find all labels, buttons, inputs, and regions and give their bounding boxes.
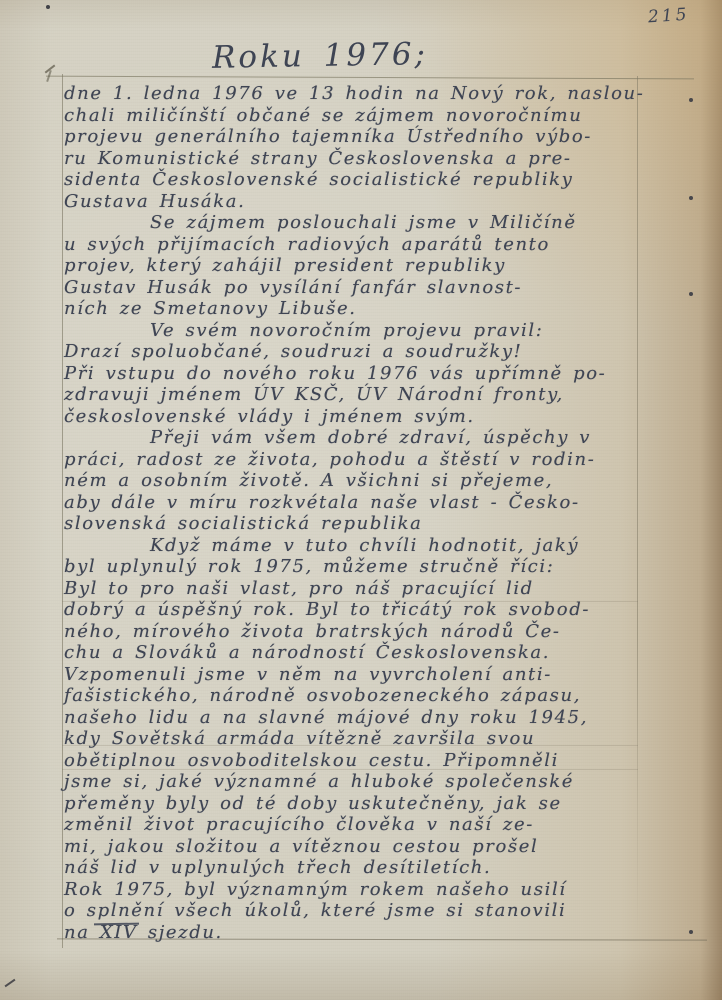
manuscript-line: chu a Slováků a národností Československ… [64, 642, 644, 664]
manuscript-line: náš lid v uplynulých třech desítiletích. [64, 857, 644, 879]
manuscript-line: byl uplynulý rok 1975, můžeme stručně ří… [64, 556, 644, 578]
page-title: Roku 1976; [212, 36, 429, 76]
manuscript-line: ném a osobním životě. A všichni si přeje… [64, 470, 644, 492]
margin-ink-dot [689, 930, 693, 934]
manuscript-line: slovenská socialistická republika [64, 513, 644, 535]
manuscript-line: dne 1. ledna 1976 ve 13 hodin na Nový ro… [64, 83, 644, 105]
manuscript-line: Rok 1975, byl významným rokem našeho usi… [64, 879, 644, 901]
manuscript-line: fašistického, národně osvobozeneckého zá… [64, 685, 644, 707]
manuscript-line: dobrý a úspěšný rok. Byl to třicátý rok … [64, 599, 644, 621]
manuscript-line: Ve svém novoročním projevu pravil: [64, 320, 644, 342]
manuscript-line: jsme si, jaké významné a hluboké společe… [64, 771, 644, 793]
manuscript-line: změnil život pracujícího člověka v naší … [64, 814, 644, 836]
manuscript-line: našeho lidu a na slavné májové dny roku … [64, 707, 644, 729]
left-margin-rule [62, 74, 63, 948]
manuscript-line: zdravuji jménem ÚV KSČ, ÚV Národní front… [64, 384, 644, 406]
margin-ink-dot [689, 196, 693, 200]
manuscript-line: sidenta Československé socialistické rep… [64, 169, 644, 191]
manuscript-line: aby dále v míru rozkvétala naše vlast - … [64, 492, 644, 514]
manuscript-line: přeměny byly od té doby uskutečněny, jak… [64, 793, 644, 815]
manuscript-line: Gustav Husák po vysílání fanfár slavnost… [64, 277, 644, 299]
manuscript-line: kdy Sovětská armáda vítězně završila svo… [64, 728, 644, 750]
manuscript-line: Byl to pro naši vlast, pro náš pracující… [64, 578, 644, 600]
manuscript-line: projev, který zahájil president republik… [64, 255, 644, 277]
pencil-guide-line [62, 745, 638, 746]
manuscript-line: na XIV sjezdu. [64, 922, 644, 944]
manuscript-line: o splnění všech úkolů, které jsme si sta… [64, 900, 644, 922]
ink-scratch [5, 979, 16, 988]
page-number: 215 [647, 5, 690, 28]
manuscript-line: mi, jakou složitou a vítěznou cestou pro… [64, 836, 644, 858]
manuscript-line: Gustava Husáka. [64, 191, 644, 213]
manuscript-line: u svých přijímacích radiových aparátů te… [64, 234, 644, 256]
manuscript-line: Drazí spoluobčané, soudruzi a soudružky! [64, 341, 644, 363]
manuscript-line: ného, mírového života bratrských národů … [64, 621, 644, 643]
margin-ink-dot [689, 98, 693, 102]
manuscript-line: obětiplnou osvoboditelskou cestu. Připom… [64, 750, 644, 772]
manuscript-line: Vzpomenuli jsme v něm na vyvrcholení ant… [64, 664, 644, 686]
pencil-guide-line [62, 769, 638, 770]
manuscript-line: Přeji vám všem dobré zdraví, úspěchy v [64, 427, 644, 449]
manuscript-line: projevu generálního tajemníka Ústředního… [64, 126, 644, 148]
ink-speck [46, 5, 50, 9]
manuscript-line: chali miličínští občané se zájmem novoro… [64, 105, 644, 127]
margin-ink-dot [689, 292, 693, 296]
pencil-guide-line [62, 601, 638, 602]
manuscript-line: ru Komunistické strany Československa a … [64, 148, 644, 170]
manuscript-line: Když máme v tuto chvíli hodnotit, jaký [64, 535, 644, 557]
title-underline-rule [46, 76, 694, 80]
manuscript-line: Se zájmem poslouchali jsme v Miličíně [64, 212, 644, 234]
manuscript-line: ních ze Smetanovy Libuše. [64, 298, 644, 320]
chronicle-page-scan: 215 Roku 1976; dne 1. ledna 1976 ve 13 h… [0, 0, 722, 1000]
manuscript-line: Při vstupu do nového roku 1976 vás upřím… [64, 363, 644, 385]
manuscript-line: československé vlády i jménem svým. [64, 406, 644, 428]
manuscript-text: dne 1. ledna 1976 ve 13 hodin na Nový ro… [64, 83, 644, 943]
manuscript-line: práci, radost ze života, pohodu a štěstí… [64, 449, 644, 471]
